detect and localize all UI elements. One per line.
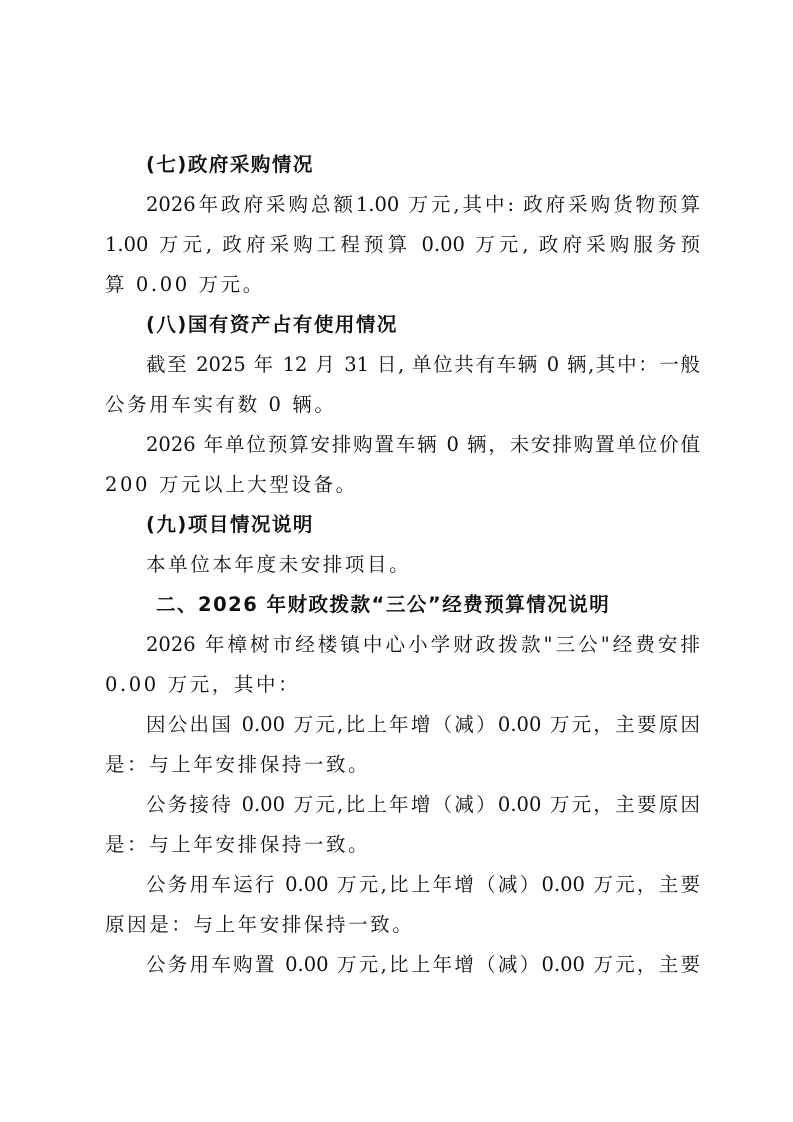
paragraph-line: 2026 年单位预算安排购置车辆 0 辆，未安排购置单位价值 bbox=[146, 433, 700, 457]
paragraph-line: 公务接待 0.00 万元,比上年增（减）0.00 万元，主要原因 bbox=[146, 793, 700, 817]
paragraph-line: 公务用车购置 0.00 万元,比上年增（减）0.00 万元，主要 bbox=[146, 953, 700, 977]
paragraph-line: 2026 年樟树市经楼镇中心小学财政拨款"三公"经费安排 bbox=[146, 633, 700, 657]
section-heading-project-description: (九)项目情况说明 bbox=[146, 513, 741, 537]
paragraph-line: 本单位本年度未安排项目。 bbox=[146, 553, 700, 577]
paragraph-line: 公务用车实有数 0 辆。 bbox=[105, 393, 700, 417]
paragraph-line: 是：与上年安排保持一致。 bbox=[105, 833, 700, 857]
paragraph-line: 2026年政府采购总额1.00 万元,其中: 政府采购货物预算 bbox=[146, 193, 700, 217]
paragraph-line: 0.00 万元，其中： bbox=[105, 673, 700, 697]
paragraph-line: 是：与上年安排保持一致。 bbox=[105, 753, 700, 777]
paragraph-line: 因公出国 0.00 万元,比上年增（减）0.00 万元，主要原因 bbox=[146, 713, 700, 737]
section-heading-state-assets: (八)国有资产占有使用情况 bbox=[146, 313, 741, 337]
paragraph-line: 原因是：与上年安排保持一致。 bbox=[105, 913, 700, 937]
paragraph-line: 算 0.00 万元。 bbox=[105, 273, 700, 297]
paragraph-line: 公务用车运行 0.00 万元,比上年增（减）0.00 万元，主要 bbox=[146, 873, 700, 897]
paragraph-line: 200 万元以上大型设备。 bbox=[105, 473, 700, 497]
paragraph-line: 1.00 万元, 政府采购工程预算 0.00 万元, 政府采购服务预 bbox=[105, 233, 700, 257]
section-heading-government-procurement: (七)政府采购情况 bbox=[146, 153, 741, 177]
section-heading-three-public-expenses: 二、2026 年财政拨款“三公”经费预算情况说明 bbox=[156, 593, 751, 617]
paragraph-line: 截至 2025 年 12 月 31 日, 单位共有车辆 0 辆,其中：一般 bbox=[146, 353, 700, 377]
